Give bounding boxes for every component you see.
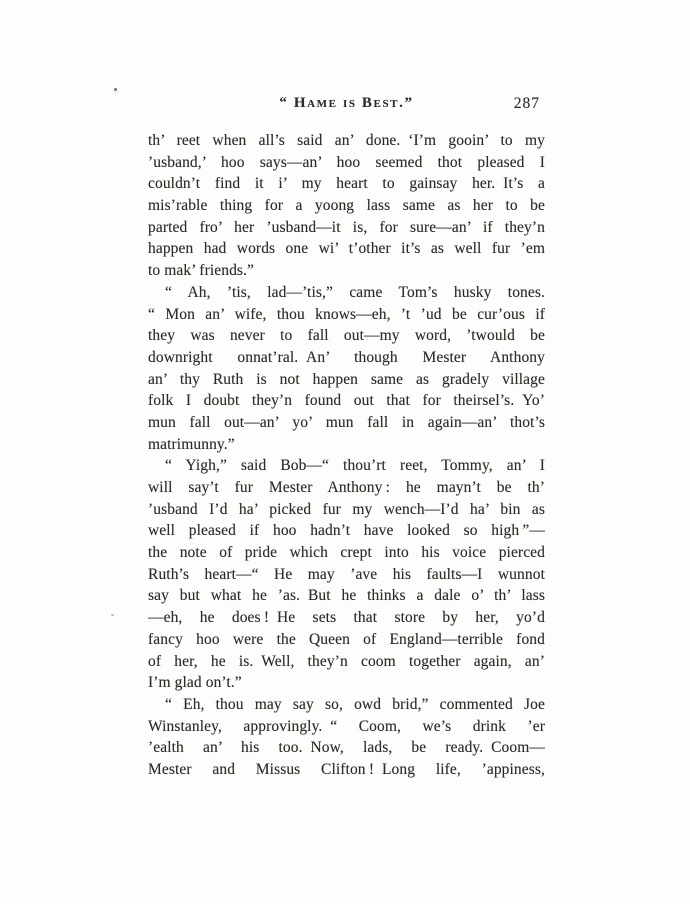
- text-line: say but what he ’as. But he thinks a dal…: [148, 585, 545, 607]
- text-line: ’usband,’ hoo says—an’ hoo seemed thot p…: [148, 152, 545, 174]
- text-line: th’ reet when all’s said an’ done. ‘I’m …: [148, 130, 545, 152]
- text-line: mun fall out—an’ yo’ mun fall in again—a…: [148, 412, 545, 434]
- page-number: 287: [514, 95, 540, 113]
- text-line: well pleased if hoo hadn’t have looked s…: [148, 520, 545, 542]
- text-line: happen had words one wi’ t’other it’s as…: [148, 238, 545, 260]
- text-line: “ Mon an’ wife, thou knows—eh, ’t ’ud be…: [148, 304, 545, 326]
- text-line: ’ealth an’ his too. Now, lads, be ready.…: [148, 737, 545, 759]
- text-line: folk I doubt they’n found out that for t…: [148, 390, 545, 412]
- paragraph: th’ reet when all’s said an’ done. ‘I’m …: [148, 130, 545, 282]
- text-line: the note of pride which crept into his v…: [148, 542, 545, 564]
- text-line: Ruth’s heart—“ He may ’ave his faults—I …: [148, 564, 545, 586]
- text-line: “ Yigh,” said Bob—“ thou’rt reet, Tommy,…: [148, 455, 545, 477]
- text-line: couldn’t find it i’ my heart to gainsay …: [148, 173, 545, 195]
- paragraph: “ Yigh,” said Bob—“ thou’rt reet, Tommy,…: [148, 455, 545, 694]
- text-line: “ Eh, thou may say so, owd brid,” commen…: [148, 694, 545, 716]
- text-line: to mak’ friends.”: [148, 260, 545, 282]
- book-page: “ Hame is Best.” 287 th’ reet when all’s…: [0, 0, 690, 904]
- scan-speck: [114, 88, 117, 91]
- paragraph: “ Ah, ’tis, lad—’tis,” came Tom’s husky …: [148, 282, 545, 456]
- text-line: fancy hoo were the Queen of England—terr…: [148, 629, 545, 651]
- text-line: Winstanley, approvingly. “ Coom, we’s dr…: [148, 716, 545, 738]
- text-line: Mester and Missus Clifton ! Long life, ’…: [148, 759, 545, 781]
- text-line: of her, he is. Well, they’n coom togethe…: [148, 651, 545, 673]
- text-line: I’m glad on’t.”: [148, 672, 545, 694]
- text-line: mis’rable thing for a yoong lass same as…: [148, 195, 545, 217]
- text-block: th’ reet when all’s said an’ done. ‘I’m …: [148, 130, 545, 781]
- text-line: an’ thy Ruth is not happen same as grade…: [148, 369, 545, 391]
- text-line: ’usband I’d ha’ picked fur my wench—I’d …: [148, 499, 545, 521]
- page-header: “ Hame is Best.” 287: [148, 95, 545, 117]
- scan-speck: [111, 614, 114, 616]
- text-line: they was never to fall out—my word, ’two…: [148, 325, 545, 347]
- text-line: “ Ah, ’tis, lad—’tis,” came Tom’s husky …: [148, 282, 545, 304]
- paragraph: “ Eh, thou may say so, owd brid,” commen…: [148, 694, 545, 781]
- text-line: matrimunny.”: [148, 434, 545, 456]
- text-line: —eh, he does ! He sets that store by her…: [148, 607, 545, 629]
- text-line: will say’t fur Mester Anthony : he mayn’…: [148, 477, 545, 499]
- running-title: “ Hame is Best.”: [148, 95, 545, 112]
- text-line: parted fro’ her ’usband—it is, for sure—…: [148, 217, 545, 239]
- text-line: downright onnat’ral. An’ though Mester A…: [148, 347, 545, 369]
